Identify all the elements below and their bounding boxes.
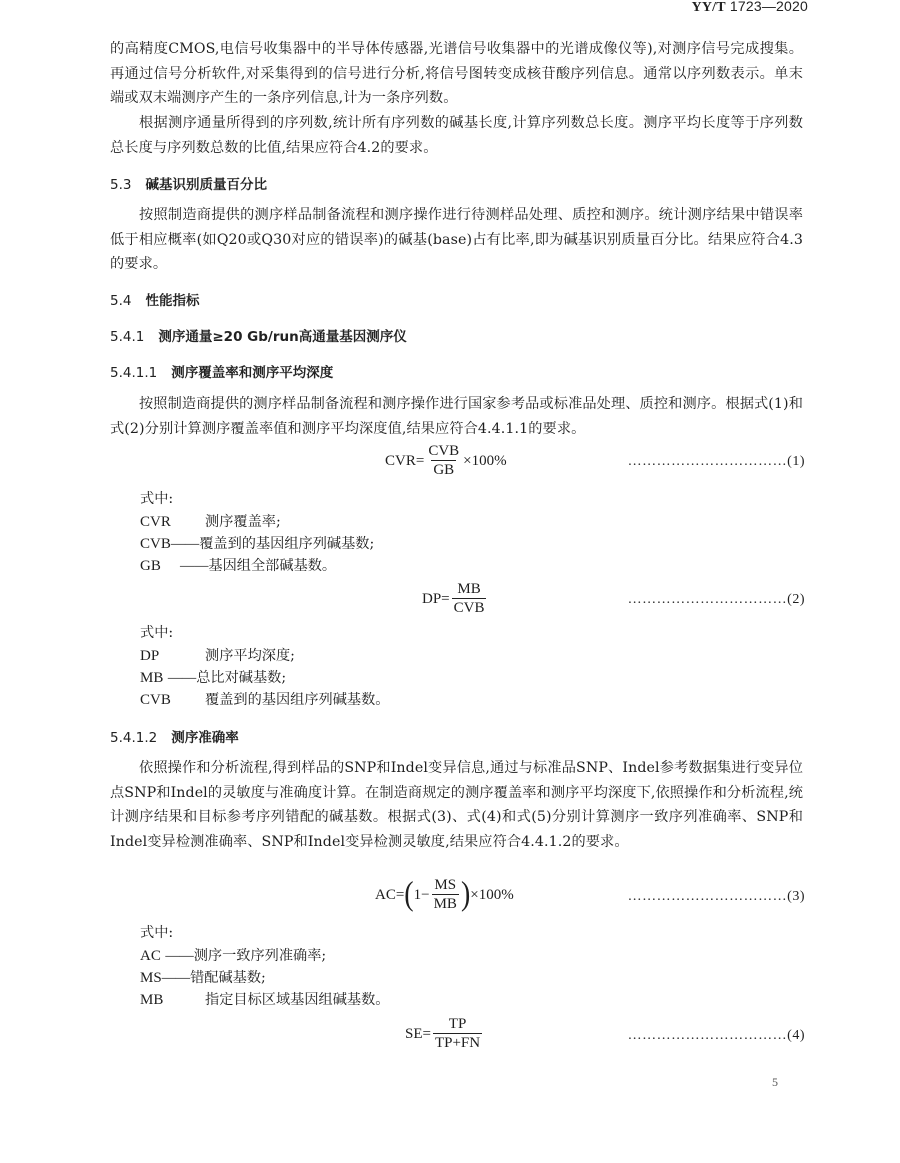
definition-item: AC ——测序一致序列准确率; [140,945,326,967]
paragraph-average-length: 根据测序通量所得到的序列数,统计所有序列数的碱基长度,计算序列数总长度。测序平均… [110,111,803,160]
equation-number-4: ……………………………(4) [628,1028,805,1044]
paragraph-signal-collection: 的高精度CMOS,电信号收集器中的半导体传感器,光谱信号收集器中的光谱成像仪等)… [110,37,803,111]
paragraph-coverage-depth: 按照制造商提供的测序样品制备流程和测序操作进行国家参考品或标准品处理、质控和测序… [110,392,803,441]
equation-number-2: ……………………………(2) [628,592,805,608]
equation-number-1: ……………………………(1) [628,454,805,470]
equation-3: AC= ( 1− MS MB ) ×100% [375,877,514,913]
where-label-2: 式中: [140,622,173,644]
definition-item: MS——错配碱基数; [140,967,266,989]
equation-1: CVR= CVB GB ×100% [385,443,507,479]
definition-item: CVB——覆盖到的基因组序列碱基数; [140,533,374,555]
standard-prefix: YY/T [692,0,726,15]
definition-item: MB指定目标区域基因组碱基数。 [140,989,389,1011]
heading-5-3: 5.3碱基识别质量百分比 [110,173,267,193]
document-code: YY/T 1723—2020 [692,0,808,16]
heading-5-4-1-1: 5.4.1.1测序覆盖率和测序平均深度 [110,361,333,381]
where-label-1: 式中: [140,488,173,510]
equation-number-3: ……………………………(3) [628,889,805,905]
heading-5-4-1-2: 5.4.1.2测序准确率 [110,726,239,746]
heading-5-4-1: 5.4.1测序通量≥20 Gb/run高通量基因测序仪 [110,325,407,345]
equation-4: SE= TP TP+FN [405,1016,484,1052]
definition-item: GB——基因组全部碱基数。 [140,555,336,577]
definition-item: DP测序平均深度; [140,645,295,667]
fraction: CVB GB [426,443,461,479]
fraction: TP TP+FN [433,1016,482,1052]
page-number: 5 [772,1075,778,1090]
equation-2: DP= MB CVB [422,581,488,617]
definition-item: CVR测序覆盖率; [140,511,281,533]
definition-item: MB ——总比对碱基数; [140,667,286,689]
fraction: MB CVB [452,581,487,617]
fraction: MS MB [432,877,459,913]
definition-item: CVB覆盖到的基因组序列碱基数。 [140,689,389,711]
where-label-3: 式中: [140,922,173,944]
paragraph-accuracy: 依照操作和分析流程,得到样品的SNP和Indel变异信息,通过与标准品SNP、I… [110,756,803,854]
standard-number: 1723—2020 [730,0,808,14]
heading-5-4: 5.4性能指标 [110,289,199,309]
paragraph-base-quality: 按照制造商提供的测序样品制备流程和测序操作进行待测样品处理、质控和测序。统计测序… [110,203,803,277]
